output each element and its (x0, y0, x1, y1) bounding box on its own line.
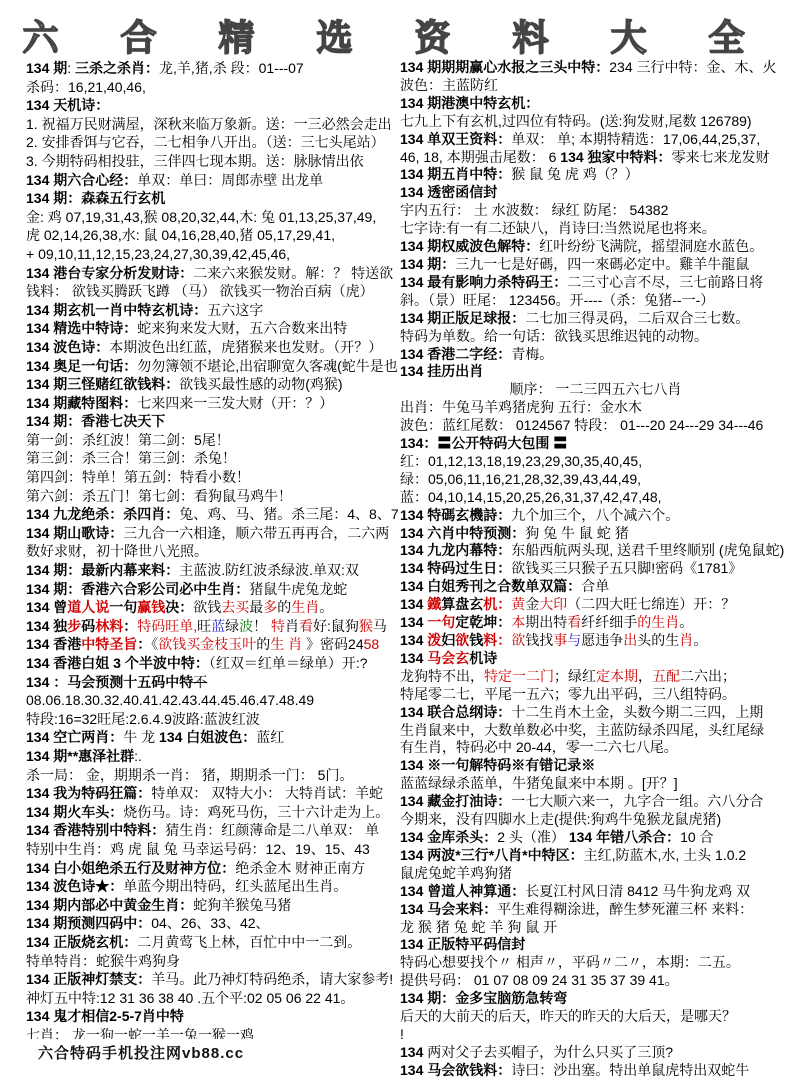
text-line: 虎 02,14,26,38,水: 鼠 04,16,28,40,猪 05,17,2… (26, 226, 398, 245)
text-segment: 步 (67, 618, 81, 634)
text-segment: 134 期：香港六合彩公司必中生肖： (26, 581, 249, 597)
page-title: 六 合 精 选 资 料 大 全 (0, 10, 793, 61)
text-segment: 特码旺单, (137, 618, 197, 634)
text-segment: 特段:16=32旺尾:2.6.4.9波路:蓝波红波 (26, 711, 260, 727)
text-segment: 134 鬼才相信2-5-7肖中特 (26, 1008, 184, 1024)
text-segment: 与 (567, 632, 581, 648)
text-line: 神灯五中特:12 31 36 38 40 .五个平:02 05 06 22 41… (26, 989, 398, 1008)
text-segment: + 09,10,11,12,15,23,24,27,30,39,42,45,46… (26, 246, 290, 262)
text-segment: 顺序： 一二三四五六七八肖 (510, 381, 682, 397)
text-segment: 长夏江村风日清 8412 马牛狗龙鸡 双 (525, 883, 750, 899)
text-line: 134 香港中特圣旨：《欲钱买金枝玉叶的生 肖 》密码2458 (26, 635, 398, 654)
text-segment: 虎 02,14,26,38,水: 鼠 04,16,28,40,猪 05,17,2… (26, 227, 335, 243)
text-line: 杀一局： 金，期期杀一肖： 猪，期期杀一门： 5门。 (26, 766, 398, 785)
text-segment: 134 两波*三行*八肖*中特区： (400, 847, 584, 863)
text-segment: 龙狗特不出， (400, 668, 484, 684)
text-segment: 46, 18, 本期强击尾数： 6 (400, 149, 560, 165)
text-segment: 玄 (455, 650, 469, 666)
text-segment: 三杀之杀肖： (75, 60, 159, 76)
text-line: 134 透密函信封 (400, 184, 791, 202)
text-line: 特码心想要找个〃 相声〃，平码〃二〃，本期：二五。 (400, 954, 791, 972)
text-segment: 134 年错八杀合： (569, 829, 680, 845)
text-line: 宇内五行： 土 水波数： 绿红 防尾： 54382 (400, 202, 791, 220)
text-segment: 58 (364, 636, 380, 652)
text-segment: 出肖：牛兔马羊鸡猪虎狗 五行：金水木 (400, 399, 642, 415)
text-segment: 九个加三个，八个减六个。 (511, 507, 679, 523)
text-segment: 134 期山歌诗： (26, 525, 123, 541)
text-segment: 七肖： 龙一狗一蛇一羊一兔一猴一鸡 (26, 1027, 254, 1039)
text-segment: 134 天机诗： (26, 97, 109, 113)
text-line: 134 我为特码狂篇：特单双： 双特大小： 大特肖试：羊蛇 (26, 784, 398, 803)
text-segment: 去买 (221, 599, 249, 615)
text-segment: 中特 (81, 636, 109, 652)
text-segment: （二四大旺七绵连）开：？ (567, 596, 735, 612)
text-segment: 134 马会来料： (400, 901, 497, 917)
text-segment: 欲钱买最性感的动物(鸡猴) (179, 376, 342, 392)
text-segment: 林料 (95, 618, 123, 634)
text-segment: 杀一局： 金，期期杀一肖： 猪，期期杀一门： 5门。 (26, 767, 353, 783)
text-segment: 134 港台专家分析发财诗： (26, 265, 193, 281)
text-line: 134 期三怪赌红欲钱料：欲钱买最性感的动物(鸡猴) (26, 375, 398, 394)
text-segment: 134 期预测四码中： (26, 915, 151, 931)
text-segment: 肖 (679, 632, 693, 648)
text-segment: 狗 兔 牛 鼠 蛇 猪 (525, 525, 628, 541)
text-segment: 诗曰：沙出塞。特出单鼠虎特出双蛇牛 (511, 1062, 749, 1078)
text-segment: 134 最有影响力杀特码王： (400, 274, 567, 290)
text-line: 134 期正版足球报：二七加三得灵码，二后双合三七数。 (400, 310, 791, 328)
text-segment: 主蓝波.防红波杀绿波.单双:双 (179, 562, 359, 578)
text-line: 134 期：金多宝脑筋急转弯 (400, 990, 791, 1008)
text-segment: 特单双： 双特大小： 大特肖试：羊蛇 (151, 785, 383, 801)
text-segment: 欲钱 (193, 599, 221, 615)
text-segment: 的 (277, 599, 291, 615)
text-segment: 机： (483, 596, 511, 612)
text-segment: 。 (693, 632, 707, 648)
text-segment: 鐵 (427, 596, 441, 612)
text-segment: 五配 (652, 668, 680, 684)
text-line: 134 白姐秀刊之合数单双篇：合单 (400, 578, 791, 596)
text-line: 134 特碼玄機詩：九个加三个，八个减六个。 (400, 507, 791, 525)
text-segment: 特定一二门 (484, 668, 554, 684)
text-segment: 蛇狗羊猴兔马猪 (193, 897, 291, 913)
text-line: 134 期预测四码中：04、26、33、42、 (26, 914, 398, 933)
text-segment: 看 (299, 618, 313, 634)
text-segment: 数好求财，初十降世八光照。 (26, 543, 208, 559)
text-segment: 134 期 (26, 60, 67, 76)
text-segment: 134 香港白姐 3 个半波中特： (26, 655, 209, 671)
text-segment: : (67, 60, 75, 76)
text-line: 第三剑：杀三合！第三剑：杀兔！ (26, 449, 398, 468)
text-segment: 十二生肖木土金，头数今期二三四，上期 (511, 704, 763, 720)
text-segment: 不 (193, 674, 207, 690)
text-segment: 一句 (109, 599, 137, 615)
text-line: 134 期**惠泽社群:. (26, 747, 398, 766)
text-segment: 134 期正版足球报： (400, 310, 525, 326)
text-line: + 09,10,11,12,15,23,24,27,30,39,42,45,46… (26, 245, 398, 264)
text-segment: 生 肖 (270, 636, 302, 652)
text-line: 顺序： 一二三四五六七八肖 (400, 381, 791, 399)
text-line: 134 期五肖中特：猴 鼠 兔 虎 鸡（？） (400, 166, 791, 184)
text-segment: 赢钱 (137, 599, 165, 615)
text-segment: 蓝红 (256, 729, 284, 745)
text-segment: 事 (553, 632, 567, 648)
text-segment: 134 白姐波色： (159, 729, 256, 745)
text-line: 134 空亡两肖：牛 龙 134 白姐波色：蓝红 (26, 728, 398, 747)
text-segment: 二来六来猴发财。解：？ 特送欲 (193, 265, 393, 281)
text-segment: 龙,羊,猪,杀 段：01---07 (159, 60, 304, 76)
text-line: 134 波色诗：本期波色出红蓝，虎猪猴来也发财。（开？） (26, 338, 398, 357)
text-segment: 烧伤马。诗：鸡死马伤，三十六计走为上。 (123, 804, 389, 820)
text-segment: 134 (400, 1044, 423, 1060)
text-segment: 134 期港澳中特玄机： (400, 95, 539, 111)
text-segment: 马 (373, 618, 387, 634)
text-segment: 杀码：16,21,40,46, (26, 79, 146, 95)
text-segment: 特尾零二七，平尾一五六；零九出平码，三八组特码。 (400, 686, 736, 702)
text-line: 134 马会来料：平生难得糊涂进，醉生梦死灌三杯 来料： (400, 901, 791, 919)
text-segment: 134 ：马会预测十五码中特 (26, 674, 193, 690)
text-segment: 3. 今期特码相投驻，三伴四七现本期。送：脉脉情出依 (26, 153, 364, 169)
text-line: 134 期：最新内幕来料：主蓝波.防红波杀绿波.单双:双 (26, 561, 398, 580)
text-segment: 羊马。此乃神灯特码绝杀，请大家参考! (151, 971, 393, 987)
text-segment: 134 期**惠泽社群 (26, 748, 134, 764)
text-segment: 二月黄莺飞上林，百忙中中一二到。 (137, 934, 361, 950)
text-segment: 愿违争 (581, 632, 623, 648)
text-line: 特码为单数。给一句话：欲钱买思维迟钝的动物。 (400, 328, 791, 346)
text-segment: 宇内五行： 土 水波数： 绿红 防尾： 54382 (400, 202, 668, 218)
text-segment: 两对父子去买帽子，为什么只买了三顶? (423, 1044, 673, 1060)
text-segment: 欲钱买 (158, 636, 200, 652)
text-segment: 134 单双王资料： (400, 131, 511, 147)
text-segment: 出 (623, 632, 637, 648)
text-line: 134 正版神灯禁支：羊马。此乃神灯特码绝杀，请大家参考! (26, 970, 398, 989)
text-segment: 134 空亡两肖： (26, 729, 123, 745)
text-segment: 。 (319, 599, 333, 615)
text-segment: 134 (400, 596, 427, 612)
text-line: 134 金库杀头：2 头（准） 134 年错八杀合：10 合 (400, 829, 791, 847)
text-line: 绿：05,06,11,16,21,28,32,39,43,44,49, (400, 471, 791, 489)
text-segment: 最 (249, 599, 263, 615)
text-line: 134 期内部必中黄金生肖：蛇狗羊猴兔马猪 (26, 896, 398, 915)
text-line: 提供号码： 01 07 08 09 24 31 35 37 39 41。 (400, 972, 791, 990)
text-segment: 马会 (427, 650, 455, 666)
text-line: 134 九龙绝杀：杀四肖：兔、鸡、马、猪。杀三尾：4、8、7。 (26, 505, 398, 524)
text-segment: 七字诗:有一有二还缺八，肖诗曰:当然说尾也将来。 (400, 220, 716, 236)
text-line: 特别中生肖：鸡 虎 鼠 兔 马幸运号码：12、19、15、43 (26, 840, 398, 859)
text-segment: 134 期：金多宝脑筋急转弯 (400, 990, 567, 1006)
text-line: 134 正版特平码信封 (400, 936, 791, 954)
text-segment: 本期波色出红蓝，虎猪猴来也发财。（开？） (109, 339, 382, 355)
text-line: 46, 18, 本期强击尾数： 6 134 独家中特料：零来七来龙发财 (400, 149, 791, 167)
text-segment: 134 期期期赢心水报之三头中特： (400, 59, 609, 75)
text-line: 134 泼妇欲钱料：欲钱找事与愿违争出头的生肖。 (400, 632, 791, 650)
text-segment: 绝杀金木 财神正南方 (235, 860, 365, 876)
text-segment: 红：01,12,13,18,19,23,29,30,35,40,45, (400, 453, 642, 469)
text-line: 134 曾道人神算通：长夏江村风日清 8412 马牛狗龙鸡 双 (400, 883, 791, 901)
text-segment: 134 奥足一句话： (26, 358, 137, 374)
text-segment: 纤纤细手 (581, 614, 637, 630)
text-segment: 134 期五肖中特： (400, 166, 511, 182)
text-line: 2. 安排香饵与它吞，二七相争八开出。（送：三七头尾站） (26, 133, 398, 152)
text-segment: 2. 安排香饵与它吞，二七相争八开出。（送：三七头尾站） (26, 134, 385, 150)
text-segment: 134 正版烧玄机： (26, 934, 137, 950)
text-line: 134 期港澳中特玄机： (400, 95, 791, 113)
text-line: 134 期: 三杀之杀肖：龙,羊,猪,杀 段：01---07 (26, 59, 398, 78)
text-segment: 。 (679, 614, 693, 630)
text-segment: 多 (263, 599, 277, 615)
text-segment: 134 期内部必中黄金生肖： (26, 897, 193, 913)
text-segment: 134 期：最新内幕来料： (26, 562, 179, 578)
text-segment: 妇 (441, 632, 455, 648)
text-line: 七肖： 龙一狗一蛇一羊一兔一猴一鸡 (26, 1026, 398, 1039)
text-line: 134 一句定乾坤：本期出特看纤纤细手的生肖。 (400, 614, 791, 632)
text-segment: 圣旨 (109, 636, 137, 652)
text-line: 龙狗特不出，特定一二门；绿红定本期，五配二六出； (400, 668, 791, 686)
text-segment: 猪鼠牛虎兔龙蛇 (249, 581, 347, 597)
text-line: 134 天机诗： (26, 96, 398, 115)
text-segment: 134 期：森森五行玄机 (26, 190, 165, 206)
text-segment: 头 (637, 632, 651, 648)
text-line: 蓝蓝绿绿杀蓝单，牛猪兔鼠来中本期 。[开？] (400, 775, 791, 793)
text-segment: ! (400, 1026, 404, 1042)
text-segment: 绿 (225, 618, 239, 634)
text-segment: 算盘玄 (441, 596, 483, 612)
text-line: 134：〓公开特码大包围 〓 (400, 435, 791, 453)
text-segment: 134 独家中特料： (560, 149, 671, 165)
text-segment: 04、26、33、42、 (151, 915, 269, 931)
text-line: 134 挂历出肖 (400, 363, 791, 381)
text-line: 134 精选中特诗：蛇来狗来发大财，五六合数来出特 (26, 319, 398, 338)
text-segment: 08.06.18.30.32.40.41.42.43.44.45.46.47.4… (26, 692, 314, 708)
text-line: 出肖：牛兔马羊鸡猪虎狗 五行：金水木 (400, 399, 791, 417)
text-segment: 生肖 (291, 599, 319, 615)
text-segment: 134 ※一句解特码※有错记录※ (400, 757, 595, 773)
text-segment: 134 正版特平码信封 (400, 936, 525, 952)
text-segment: （红双＝红单＝绿单）开:? (209, 655, 368, 671)
text-segment: 提供号码： 01 07 08 09 24 31 35 37 39 41。 (400, 972, 679, 988)
text-line: 134 鬼才相信2-5-7肖中特 (26, 1007, 398, 1026)
text-segment: 波色：主蓝防红 (400, 77, 498, 93)
text-line: 特段:16=32旺尾:2.6.4.9波路:蓝波红波 (26, 710, 398, 729)
text-line: 钱料： 欲钱买腾跃飞蹲 （马） 欲钱买一物治百病（虎） (26, 282, 398, 301)
text-segment: 神灯五中特:12 31 36 38 40 .五个平:02 05 06 22 41… (26, 990, 354, 1006)
text-line: 134 正版烧玄机：二月黄莺飞上林，百忙中中一二到。 (26, 933, 398, 952)
text-line: 金: 鸡 07,19,31,43,猴 08,20,32,44,木: 兔 01,1… (26, 208, 398, 227)
text-segment: 134 (400, 614, 427, 630)
text-line: 134 港台专家分析发财诗：二来六来猴发财。解：？ 特送欲 (26, 264, 398, 283)
text-segment: 鼠虎兔蛇羊鸡狗猪 (400, 865, 512, 881)
text-segment: 的 (256, 636, 270, 652)
text-segment: 134 马会欲钱料： (400, 1062, 511, 1078)
text-segment: 勿勿簿领不堪论,出宿聊宽久客魂(蛇牛是也) (137, 358, 398, 374)
text-segment: 134 香港 (26, 636, 81, 652)
text-segment: 有生肖，特码必中 20-44，零一二六七八尾。 (400, 739, 678, 755)
text-segment: 134 香港二字经： (400, 346, 511, 362)
text-segment: 定乾坤： (455, 614, 511, 630)
text-line: 红：01,12,13,18,19,23,29,30,35,40,45, (400, 453, 791, 471)
text-segment: 134 藏金打油诗： (400, 793, 511, 809)
text-line: 134 期权威波色解特：红叶纷纷飞满院，摇望洞庭水蓝色。 (400, 238, 791, 256)
text-segment: 特码心想要找个〃 相声〃，平码〃二〃，本期：二五。 (400, 954, 740, 970)
text-segment: 134 期权威波色解特： (400, 238, 539, 254)
text-line: 134 期：香港六合彩公司必中生肖：猪鼠牛虎兔龙蛇 (26, 580, 398, 599)
text-segment: 134 曾 (26, 599, 67, 615)
text-segment: 134 我为特码狂篇： (26, 785, 151, 801)
text-segment: 合单 (581, 578, 609, 594)
text-segment: ， (638, 668, 652, 684)
text-line: 134 九龙内幕特：东船西航两头现, 送君千里终顺别 (虎兔鼠蛇) (400, 542, 791, 560)
text-segment: 期出特 (525, 614, 567, 630)
text-line: 波色：蓝红尾数： 0124567 特段： 01---20 24---29 34-… (400, 417, 791, 435)
text-segment: 大印 (539, 596, 567, 612)
text-segment: 蓝蓝绿绿杀蓝单，牛猪兔鼠来中本期 。[开？] (400, 775, 678, 791)
text-segment: 一句 (427, 614, 455, 630)
text-segment: 蛇来狗来发大财，五六合数来出特 (137, 320, 347, 336)
text-segment: 134 期藏特图料： (26, 395, 137, 411)
text-segment: 龙 猴 猪 兔 蛇 羊 狗 鼠 开 (400, 919, 557, 935)
text-segment: 二三寸心言不尽，三七前路日将 (567, 274, 763, 290)
text-segment: 第一剑：杀红波！第二剑：5尾！ (26, 432, 230, 448)
text-segment: 的 (637, 614, 651, 630)
text-segment: 第三剑：杀三合！第三剑：杀兔！ (26, 450, 236, 466)
text-line: 134 ：马会预测十五码中特不 (26, 673, 398, 692)
text-line: 有生肖，特码必中 20-44，零一二六七八尾。 (400, 739, 791, 757)
text-segment: 本 (511, 614, 525, 630)
text-segment: 134 九龙绝杀：杀四肖： (26, 506, 179, 522)
text-line: 134 马会欲钱料：诗曰：沙出塞。特出单鼠虎特出双蛇牛 (400, 1062, 791, 1078)
text-segment: 黄 (511, 596, 525, 612)
text-segment: ： (123, 618, 137, 634)
text-segment: 好:鼠狗 (313, 618, 359, 634)
text-segment: 134 (400, 650, 427, 666)
text-segment: 134： (400, 435, 437, 451)
text-segment: 134 挂历出肖 (400, 363, 483, 379)
text-segment: ！ (253, 618, 271, 634)
text-segment: 〓公开特码大包围 〓 (437, 435, 567, 451)
text-segment: 特码为单数。给一句话：欲钱买思维迟钝的动物。 (400, 328, 708, 344)
text-line: 七九上下有玄机,过四位有特码。(送:狗发财,尾数 126789) (400, 113, 791, 131)
text-line: 3. 今期特码相投驻，三伴四七现本期。送：脉脉情出依 (26, 152, 398, 171)
text-segment: 第四剑：特单！第五剑：特看小数！ (26, 469, 250, 485)
text-segment: 金枝玉叶 (200, 636, 256, 652)
text-line: 134 ※一句解特码※有错记录※ (400, 757, 791, 775)
text-line: 134 波色诗★：单蓝今期出特码，红头蓝尾出生肖。 (26, 877, 398, 896)
text-segment: 134 正版神灯禁支： (26, 971, 151, 987)
text-segment: 道人说 (67, 599, 109, 615)
text-segment: 今期来，没有四脚水上走(提供:狗鸡牛兔猴龙鼠虎猪) (400, 811, 721, 827)
text-segment: 134 白小姐绝杀五行及财神方位： (26, 860, 235, 876)
text-segment: 134 期：香港七决天下 (26, 413, 165, 429)
text-segment: 金 (525, 596, 539, 612)
text-segment: 平生难得糊涂进，醉生梦死灌三杯 来料： (497, 901, 753, 917)
text-line: 134 曾道人说一句赢钱决：欲钱去买最多的生肖。 (26, 598, 398, 617)
text-line: 134 香港特别中特料：猜生肖：红颜薄命是二八单双： 单 (26, 821, 398, 840)
text-line: 134 六肖中特预测：狗 兔 牛 鼠 蛇 猪 (400, 525, 791, 543)
right-column: 134 期期期赢心水报之三头中特：234 三行中特：金、木、火波色：主蓝防红13… (400, 59, 791, 1078)
text-segment: 第六剑：杀五门！第七剑：看狗鼠马鸡牛！ (26, 488, 292, 504)
text-line: 特尾零二七，平尾一五六；零九出平码，三八组特码。 (400, 686, 791, 704)
text-segment: 134 精选中特诗： (26, 320, 137, 336)
text-line: 第四剑：特单！第五剑：特看小数！ (26, 468, 398, 487)
text-line: 数好求财，初十降世八光照。 (26, 542, 398, 561)
text-segment: 一七大顺六来一，九字合一组。六八分合 (511, 793, 763, 809)
text-segment: 后天的大前天的后天，昨天的昨天的大后天，是哪天？ (400, 1008, 736, 1024)
text-segment: 零来七来龙发财 (672, 149, 770, 165)
text-segment: 青梅。 (511, 346, 553, 362)
text-segment: ： (137, 636, 151, 652)
text-segment: 猴 鼠 兔 虎 鸡（？） (511, 166, 639, 182)
text-segment: 的生 (651, 632, 679, 648)
text-segment: 猜生肖：红颜薄命是二八单双： 单 (165, 822, 379, 838)
text-segment: 134 期： (400, 256, 455, 272)
text-segment: 特单特肖：蛇猴牛鸡狗身 (26, 953, 180, 969)
text-segment: 波色：蓝红尾数： 0124567 特段： 01---20 24---29 34-… (400, 417, 763, 433)
text-segment: 134 特码过生日： (400, 560, 511, 576)
text-segment: 特 (271, 618, 285, 634)
text-segment: 决： (165, 599, 193, 615)
text-segment: 三九一七是好碼，四一來碼必定中。雞羊牛龍鼠 (455, 256, 749, 272)
text-line: 134 最有影响力杀特码王：二三寸心言不尽，三七前路日将 (400, 274, 791, 292)
text-segment: 二七加三得灵码，二后双合三七数。 (525, 310, 749, 326)
text-line: 后天的大前天的后天，昨天的昨天的大后天，是哪天？ (400, 1008, 791, 1026)
text-line: 1. 祝福万民财满屋，深秋来临万象新。送：一三必然会走出 (26, 115, 398, 134)
text-segment: 134 特碼玄機詩： (400, 507, 511, 523)
text-segment: 主红,防蓝木,水, 土头 1.0.2 (584, 847, 747, 863)
left-column: 134 期: 三杀之杀肖：龙,羊,猪,杀 段：01---07杀码：16,21,4… (26, 59, 398, 1039)
text-line: 134 特码过生日：欲钱买三只猴子五只脚!密码《1781》 (400, 560, 791, 578)
text-line: 生肖鼠来中，大数单数必中奖，主蓝防绿杀四尾，头红尾绿 (400, 722, 791, 740)
text-line: 鼠虎兔蛇羊鸡狗猪 (400, 865, 791, 883)
text-segment: 134 曾道人神算通： (400, 883, 525, 899)
text-segment: 134 六肖中特预测： (400, 525, 525, 541)
text-line: 134 两波*三行*八肖*中特区：主红,防蓝木,水, 土头 1.0.2 (400, 847, 791, 865)
text-line: 134 单双王资料：单双： 单; 本期特精选：17,06,44,25,37, (400, 131, 791, 149)
text-line: 七字诗:有一有二还缺八，肖诗曰:当然说尾也将来。 (400, 220, 791, 238)
text-line: 134 期：森森五行玄机 (26, 189, 398, 208)
text-segment: 134 金库杀头： (400, 829, 497, 845)
text-line: 134 期藏特图料：七来四来一三发大财（开：？） (26, 394, 398, 413)
text-segment: 料： (483, 632, 511, 648)
text-segment: 134 透密函信封 (400, 184, 497, 200)
text-segment: 看 (567, 614, 581, 630)
text-segment: 生肖 (651, 614, 679, 630)
text-segment: 134 期三怪赌红欲钱料： (26, 376, 179, 392)
text-line: 134 鐵算盘玄机：黄金大印（二四大旺七绵连）开：？ (400, 596, 791, 614)
text-segment: 金: 鸡 07,19,31,43,猴 08,20,32,44,木: 兔 01,1… (26, 209, 376, 225)
text-line: 134 期火车头：烧伤马。诗：鸡死马伤，三十六计走为上。 (26, 803, 398, 822)
text-segment: 10 合 (680, 829, 713, 845)
text-segment: 七九上下有玄机,过四位有特码。(送:狗发财,尾数 126789) (400, 113, 752, 129)
text-line: 134 期期期赢心水报之三头中特：234 三行中特：金、木、火 (400, 59, 791, 77)
text-segment: 134 联合总纲诗： (400, 704, 511, 720)
text-line: 134 联合总纲诗：十二生肖木土金，头数今期二三四，上期 (400, 704, 791, 722)
text-line: 波色：主蓝防红 (400, 77, 791, 95)
text-segment: 斜。（景）旺尾： 123456。开----（杀：兔猪--一-） (400, 292, 714, 308)
text-line: 134 香港二字经：青梅。 (400, 346, 791, 364)
text-segment: ；绿红 (554, 668, 596, 684)
text-segment: 红叶纷纷飞满院，摇望洞庭水蓝色。 (539, 238, 763, 254)
text-line: 134 期玄机一肖中特玄机诗：五六这字 (26, 301, 398, 320)
text-segment: 134 期六合心经： (26, 172, 137, 188)
text-segment: 兔、鸡、马、猪。杀三尾：4、8、7。 (179, 506, 398, 522)
text-segment: 二六出； (680, 668, 736, 684)
text-line: 134 白小姐绝杀五行及财神方位：绝杀金木 财神正南方 (26, 859, 398, 878)
text-segment: 钱找 (525, 632, 553, 648)
text-segment: 》密码24 (302, 636, 363, 652)
text-line: ! (400, 1026, 791, 1044)
text-segment: :. (134, 748, 142, 764)
text-line: 134 期：三九一七是好碼，四一來碼必定中。雞羊牛龍鼠 (400, 256, 791, 274)
text-segment: 234 三行中特：金、木、火 (609, 59, 776, 75)
